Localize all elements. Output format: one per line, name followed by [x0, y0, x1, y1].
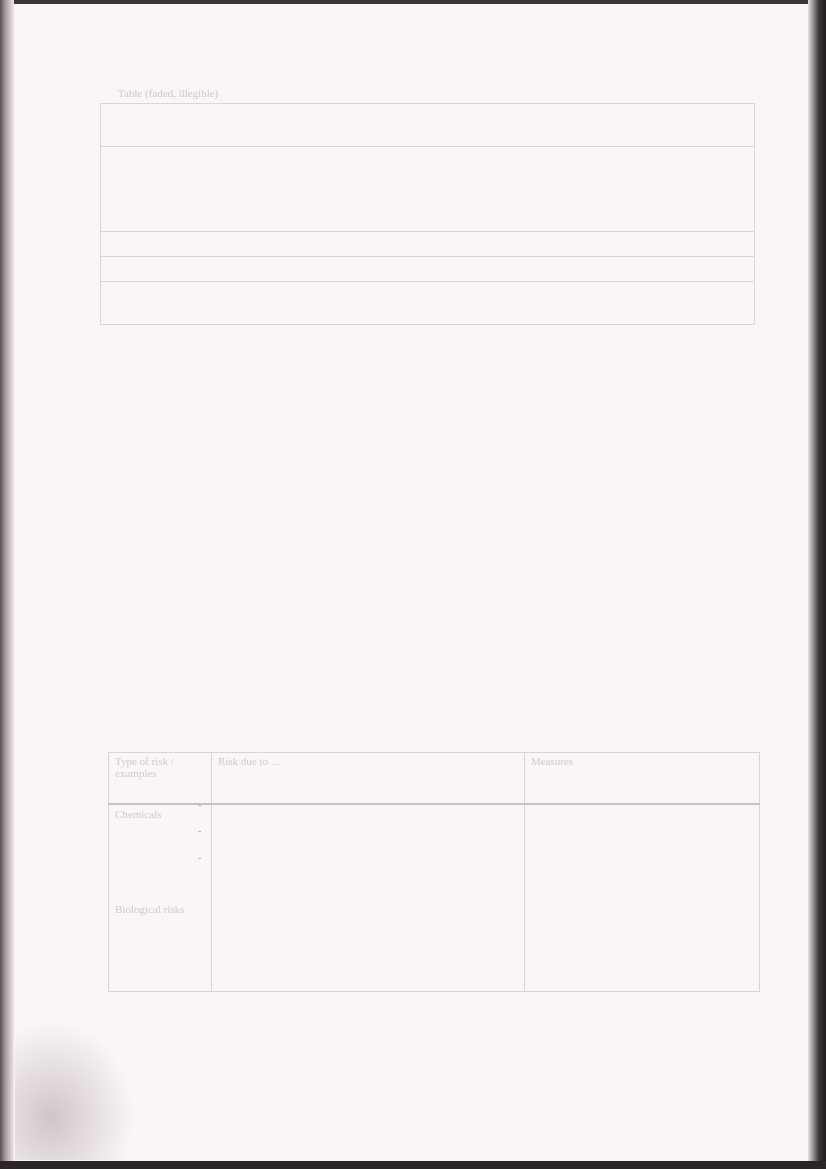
- top-table: [100, 103, 755, 325]
- risk-type: Chemicals: [115, 808, 205, 823]
- text-line: [108, 704, 748, 728]
- table-row: [101, 282, 755, 325]
- column-header: Risk due to ...: [212, 753, 525, 805]
- table-cell: [101, 147, 755, 232]
- table-cell: [101, 257, 755, 282]
- scan-edge-left: [0, 0, 14, 1169]
- table-cell: [212, 804, 525, 992]
- text-line: [108, 510, 748, 534]
- table-cell: [101, 104, 755, 147]
- text-line: [108, 452, 748, 476]
- scan-edge-top: [0, 0, 826, 4]
- scan-smudge: [15, 1020, 135, 1160]
- table-row: [101, 232, 755, 257]
- table-cell: [525, 804, 760, 992]
- table-row: [101, 257, 755, 282]
- scan-edge-right: [808, 0, 826, 1169]
- text-line: [108, 582, 748, 606]
- scan-mark: -: [198, 800, 201, 811]
- column-header: Type of risk / examples: [109, 753, 212, 805]
- table-row: [101, 104, 755, 147]
- scan-mark: -: [198, 853, 201, 864]
- scan-mark: -: [198, 826, 201, 837]
- risk-table: Type of risk / examples Risk due to ... …: [108, 752, 760, 992]
- risk-type: Biological risks: [115, 903, 205, 918]
- text-line: [108, 428, 748, 452]
- column-header: Measures: [525, 753, 760, 805]
- table-header-row: Type of risk / examples Risk due to ... …: [109, 753, 760, 805]
- paragraph-heading: [108, 380, 748, 404]
- text-line: [108, 680, 748, 704]
- table-row: Chemicals Biological risks: [109, 804, 760, 992]
- paragraph-1: [108, 380, 748, 476]
- text-line: [108, 606, 748, 630]
- table-cell: Chemicals Biological risks: [109, 804, 212, 992]
- scan-edge-bottom: [0, 1161, 826, 1169]
- table-caption: Table (faded, illegible): [118, 88, 218, 100]
- table-cell: [101, 282, 755, 325]
- text-line: [108, 728, 748, 752]
- table-row: [101, 147, 755, 232]
- paragraph-2: [108, 510, 748, 630]
- text-line: [108, 558, 748, 582]
- table-cell: [101, 232, 755, 257]
- text-line: [108, 534, 748, 558]
- paragraph-3: [108, 680, 748, 752]
- text-line: [108, 404, 748, 428]
